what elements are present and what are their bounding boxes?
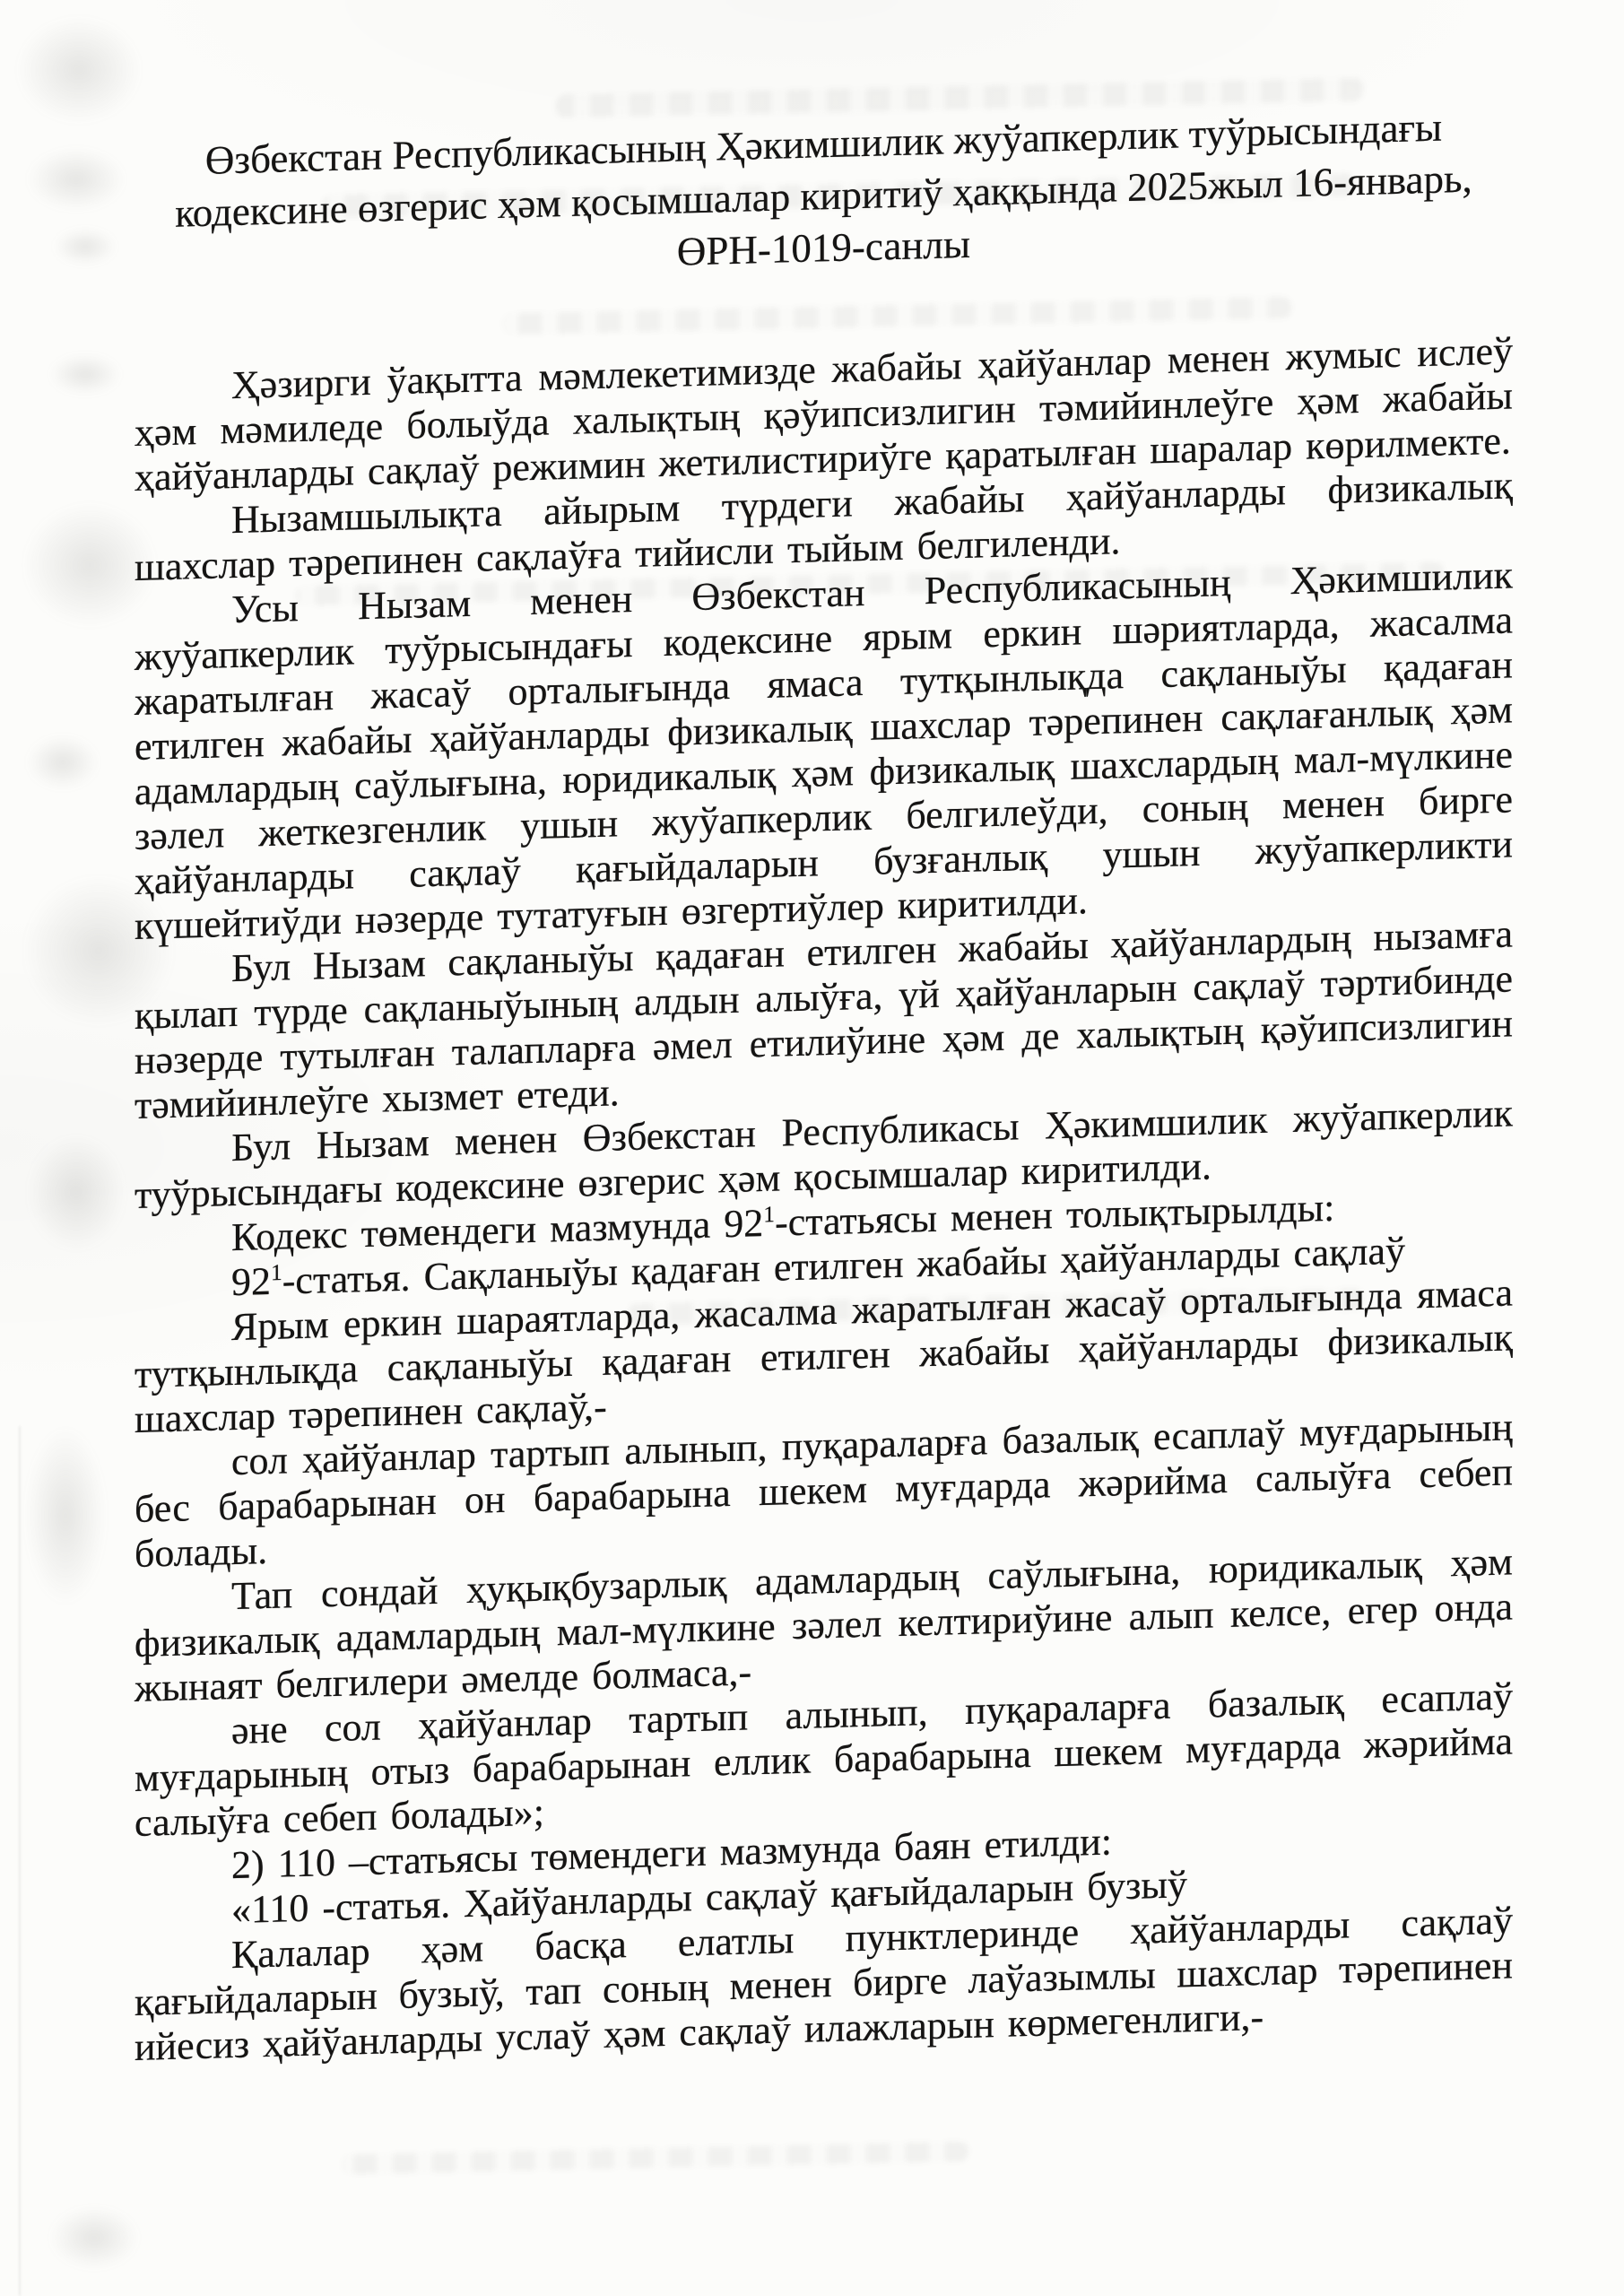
scan-smudge [27,148,126,211]
scan-smudge [27,1135,126,1251]
scanned-document-page: Өзбекстан Республикасының Ҳәкимшилик жуў… [0,0,1624,2296]
bleed-through-ghost [341,2142,968,2175]
superscript: 1 [271,1259,282,1285]
document-body: Ҳәзирги ўақытта мәмлекетимизде жабайы ҳа… [135,328,1513,2070]
scan-smudge [49,354,121,395]
scan-smudge [54,229,117,265]
document-title: Өзбекстан Республикасының Ҳәкимшилик жуў… [135,99,1513,292]
document-content: Өзбекстан Республикасының Ҳәкимшилик жуў… [135,99,1513,2070]
scan-smudge [27,735,99,789]
scan-smudge [25,1426,106,1605]
scanner-edge-line [19,1426,21,2296]
scan-smudge [16,16,142,124]
paragraph: Усы Нызам менен Өзбекстан Республикасыны… [135,552,1513,949]
superscript: 1 [763,1201,775,1227]
scan-smudge [49,2206,139,2269]
